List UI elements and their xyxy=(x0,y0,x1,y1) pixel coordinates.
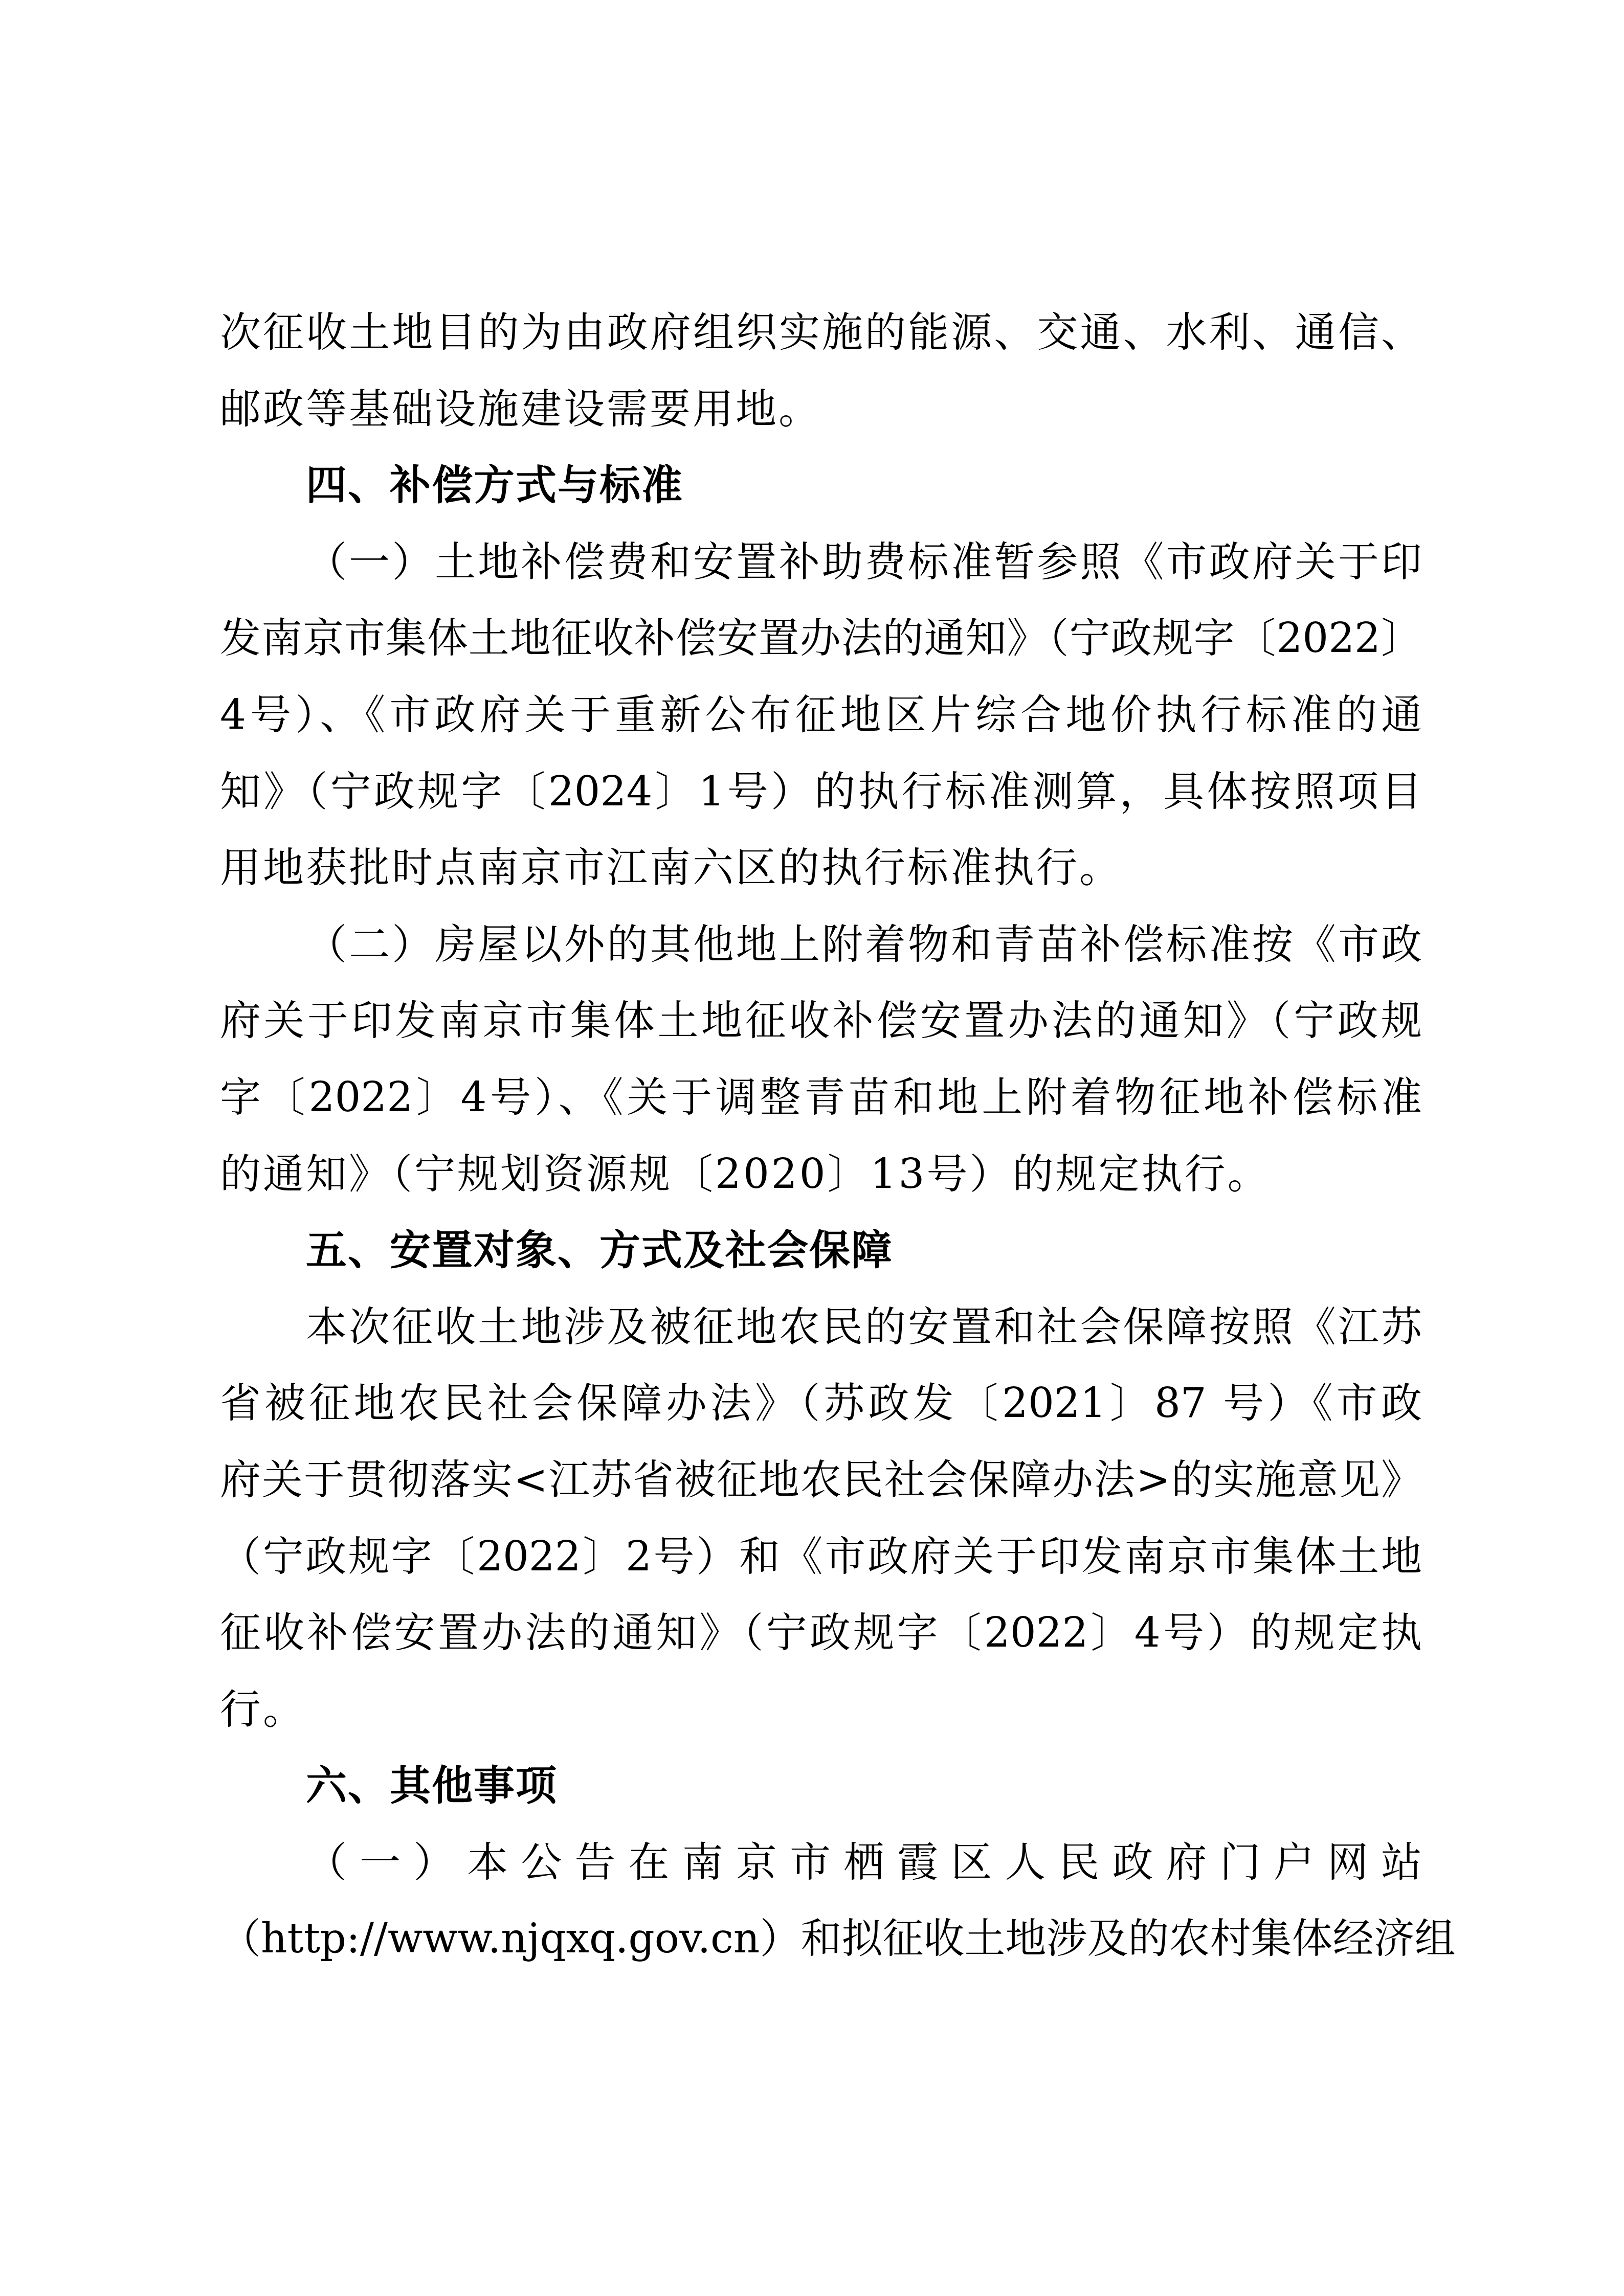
paragraph-line: 行。 xyxy=(220,1671,1422,1748)
paragraph-line: 4号）、《市政府关于重新公布征地区片综合地价执行标准的通 xyxy=(220,677,1422,753)
paragraph-line: 的通知》（宁规划资源规〔2020〕13号）的规定执行。 xyxy=(220,1136,1422,1212)
paragraph-line: 本次征收土地涉及被征地农民的安置和社会保障按照《江苏 xyxy=(220,1289,1422,1365)
paragraph-line: 府关于贯彻落实<江苏省被征地农民社会保障办法>的实施意见》 xyxy=(220,1442,1422,1518)
document-page: 次征收土地目的为由政府组织实施的能源、交通、水利、通信、 邮政等基础设施建设需要… xyxy=(0,0,1624,2296)
paragraph-line: （一）本公告在南京市栖霞区人民政府门户网站 xyxy=(220,1824,1422,1901)
website-link-line: （http://www.njqxq.gov.cn）和拟征收土地涉及的农村集体经济… xyxy=(220,1900,1422,1977)
paragraph-line: 次征收土地目的为由政府组织实施的能源、交通、水利、通信、 xyxy=(220,294,1422,371)
section-heading-6: 六、其他事项 xyxy=(220,1747,1422,1824)
paragraph-line: 征收补偿安置办法的通知》（宁政规字〔2022〕4号）的规定执 xyxy=(220,1594,1422,1671)
section-heading-4: 四、补偿方式与标准 xyxy=(220,447,1422,524)
paragraph-line: （二）房屋以外的其他地上附着物和青苗补偿标准按《市政 xyxy=(220,906,1422,983)
document-body: 次征收土地目的为由政府组织实施的能源、交通、水利、通信、 邮政等基础设施建设需要… xyxy=(220,294,1422,1977)
paragraph-line: 省被征地农民社会保障办法》（苏政发〔2021〕87 号）《市政 xyxy=(220,1365,1422,1442)
paragraph-line: 用地获批时点南京市江南六区的执行标准执行。 xyxy=(220,829,1422,906)
section-heading-5: 五、安置对象、方式及社会保障 xyxy=(220,1212,1422,1289)
paragraph-line: 知》（宁政规字〔2024〕1号）的执行标准测算，具体按照项目 xyxy=(220,753,1422,830)
paragraph-line: 邮政等基础设施建设需要用地。 xyxy=(220,371,1422,447)
paragraph-line: 发南京市集体土地征收补偿安置办法的通知》（宁政规字〔2022〕 xyxy=(220,600,1422,677)
paragraph-line: 字〔2022〕4号）、《关于调整青苗和地上附着物征地补偿标准 xyxy=(220,1059,1422,1136)
paragraph-line: 府关于印发南京市集体土地征收补偿安置办法的通知》（宁政规 xyxy=(220,982,1422,1059)
paragraph-line: （一）土地补偿费和安置补助费标准暂参照《市政府关于印 xyxy=(220,524,1422,600)
paragraph-line: （宁政规字〔2022〕2号）和《市政府关于印发南京市集体土地 xyxy=(220,1518,1422,1595)
